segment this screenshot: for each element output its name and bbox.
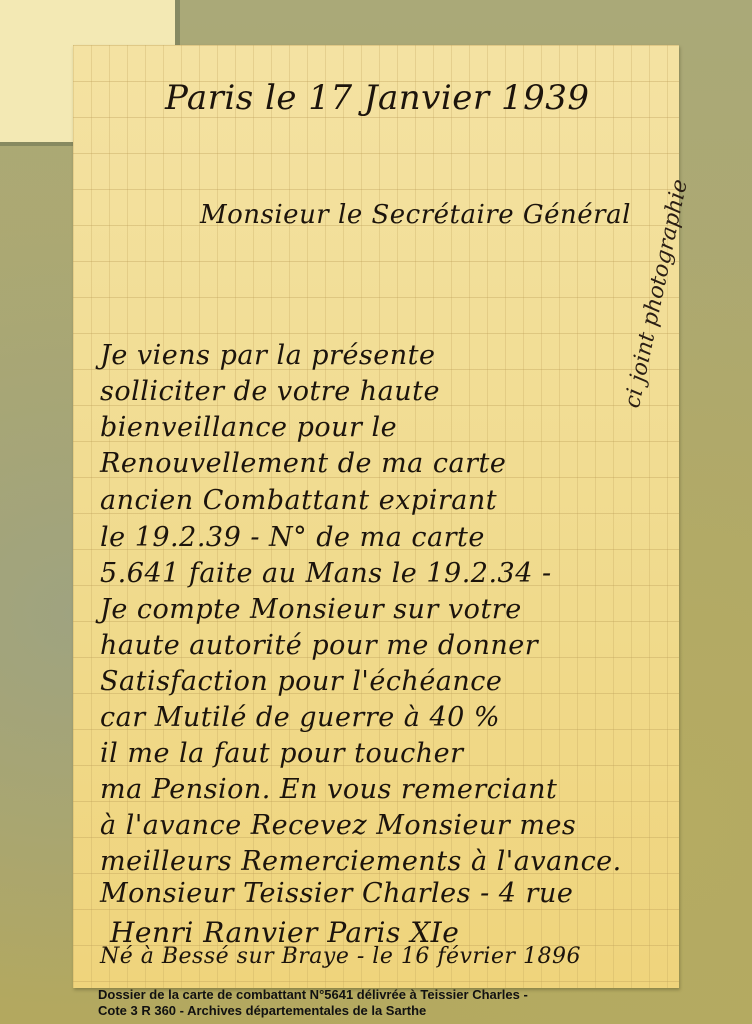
sender-birth-info: Né à Bessé sur Braye - le 16 février 189… [100, 944, 581, 969]
letter-line: ma Pension. En vous remerciant [100, 774, 557, 805]
letter-line: car Mutilé de guerre à 40 % [100, 702, 500, 733]
letter-line: Je compte Monsieur sur votre [100, 594, 522, 625]
letter-line: Renouvellement de ma carte [100, 448, 506, 479]
letter-line: Monsieur Teissier Charles - 4 rue [100, 878, 573, 909]
letter-salutation: Monsieur le Secrétaire Général [200, 200, 631, 230]
caption-line-2: Cote 3 R 360 - Archives départementales … [98, 1003, 658, 1019]
letter-line: à l'avance Recevez Monsieur mes [100, 810, 576, 841]
letter-line: Je viens par la présente [100, 340, 436, 371]
archive-caption: Dossier de la carte de combattant N°5641… [98, 987, 658, 1019]
letter-line: ancien Combattant expirant [100, 485, 497, 516]
letter-line: meilleurs Remerciements à l'avance. [100, 846, 622, 877]
letter-line: le 19.2.39 - N° de ma carte [100, 522, 485, 553]
letter-line: Satisfaction pour l'échéance [100, 666, 502, 697]
letter-line: il me la faut pour toucher [100, 738, 464, 769]
letter-line: 5.641 faite au Mans le 19.2.34 - [100, 558, 552, 589]
letter-line: solliciter de votre haute [100, 376, 440, 407]
letter-line: bienveillance pour le [100, 412, 397, 443]
letter-date: Paris le 17 Janvier 1939 [165, 78, 589, 118]
caption-line-1: Dossier de la carte de combattant N°5641… [98, 987, 658, 1003]
letter-line: haute autorité pour me donner [100, 630, 538, 661]
